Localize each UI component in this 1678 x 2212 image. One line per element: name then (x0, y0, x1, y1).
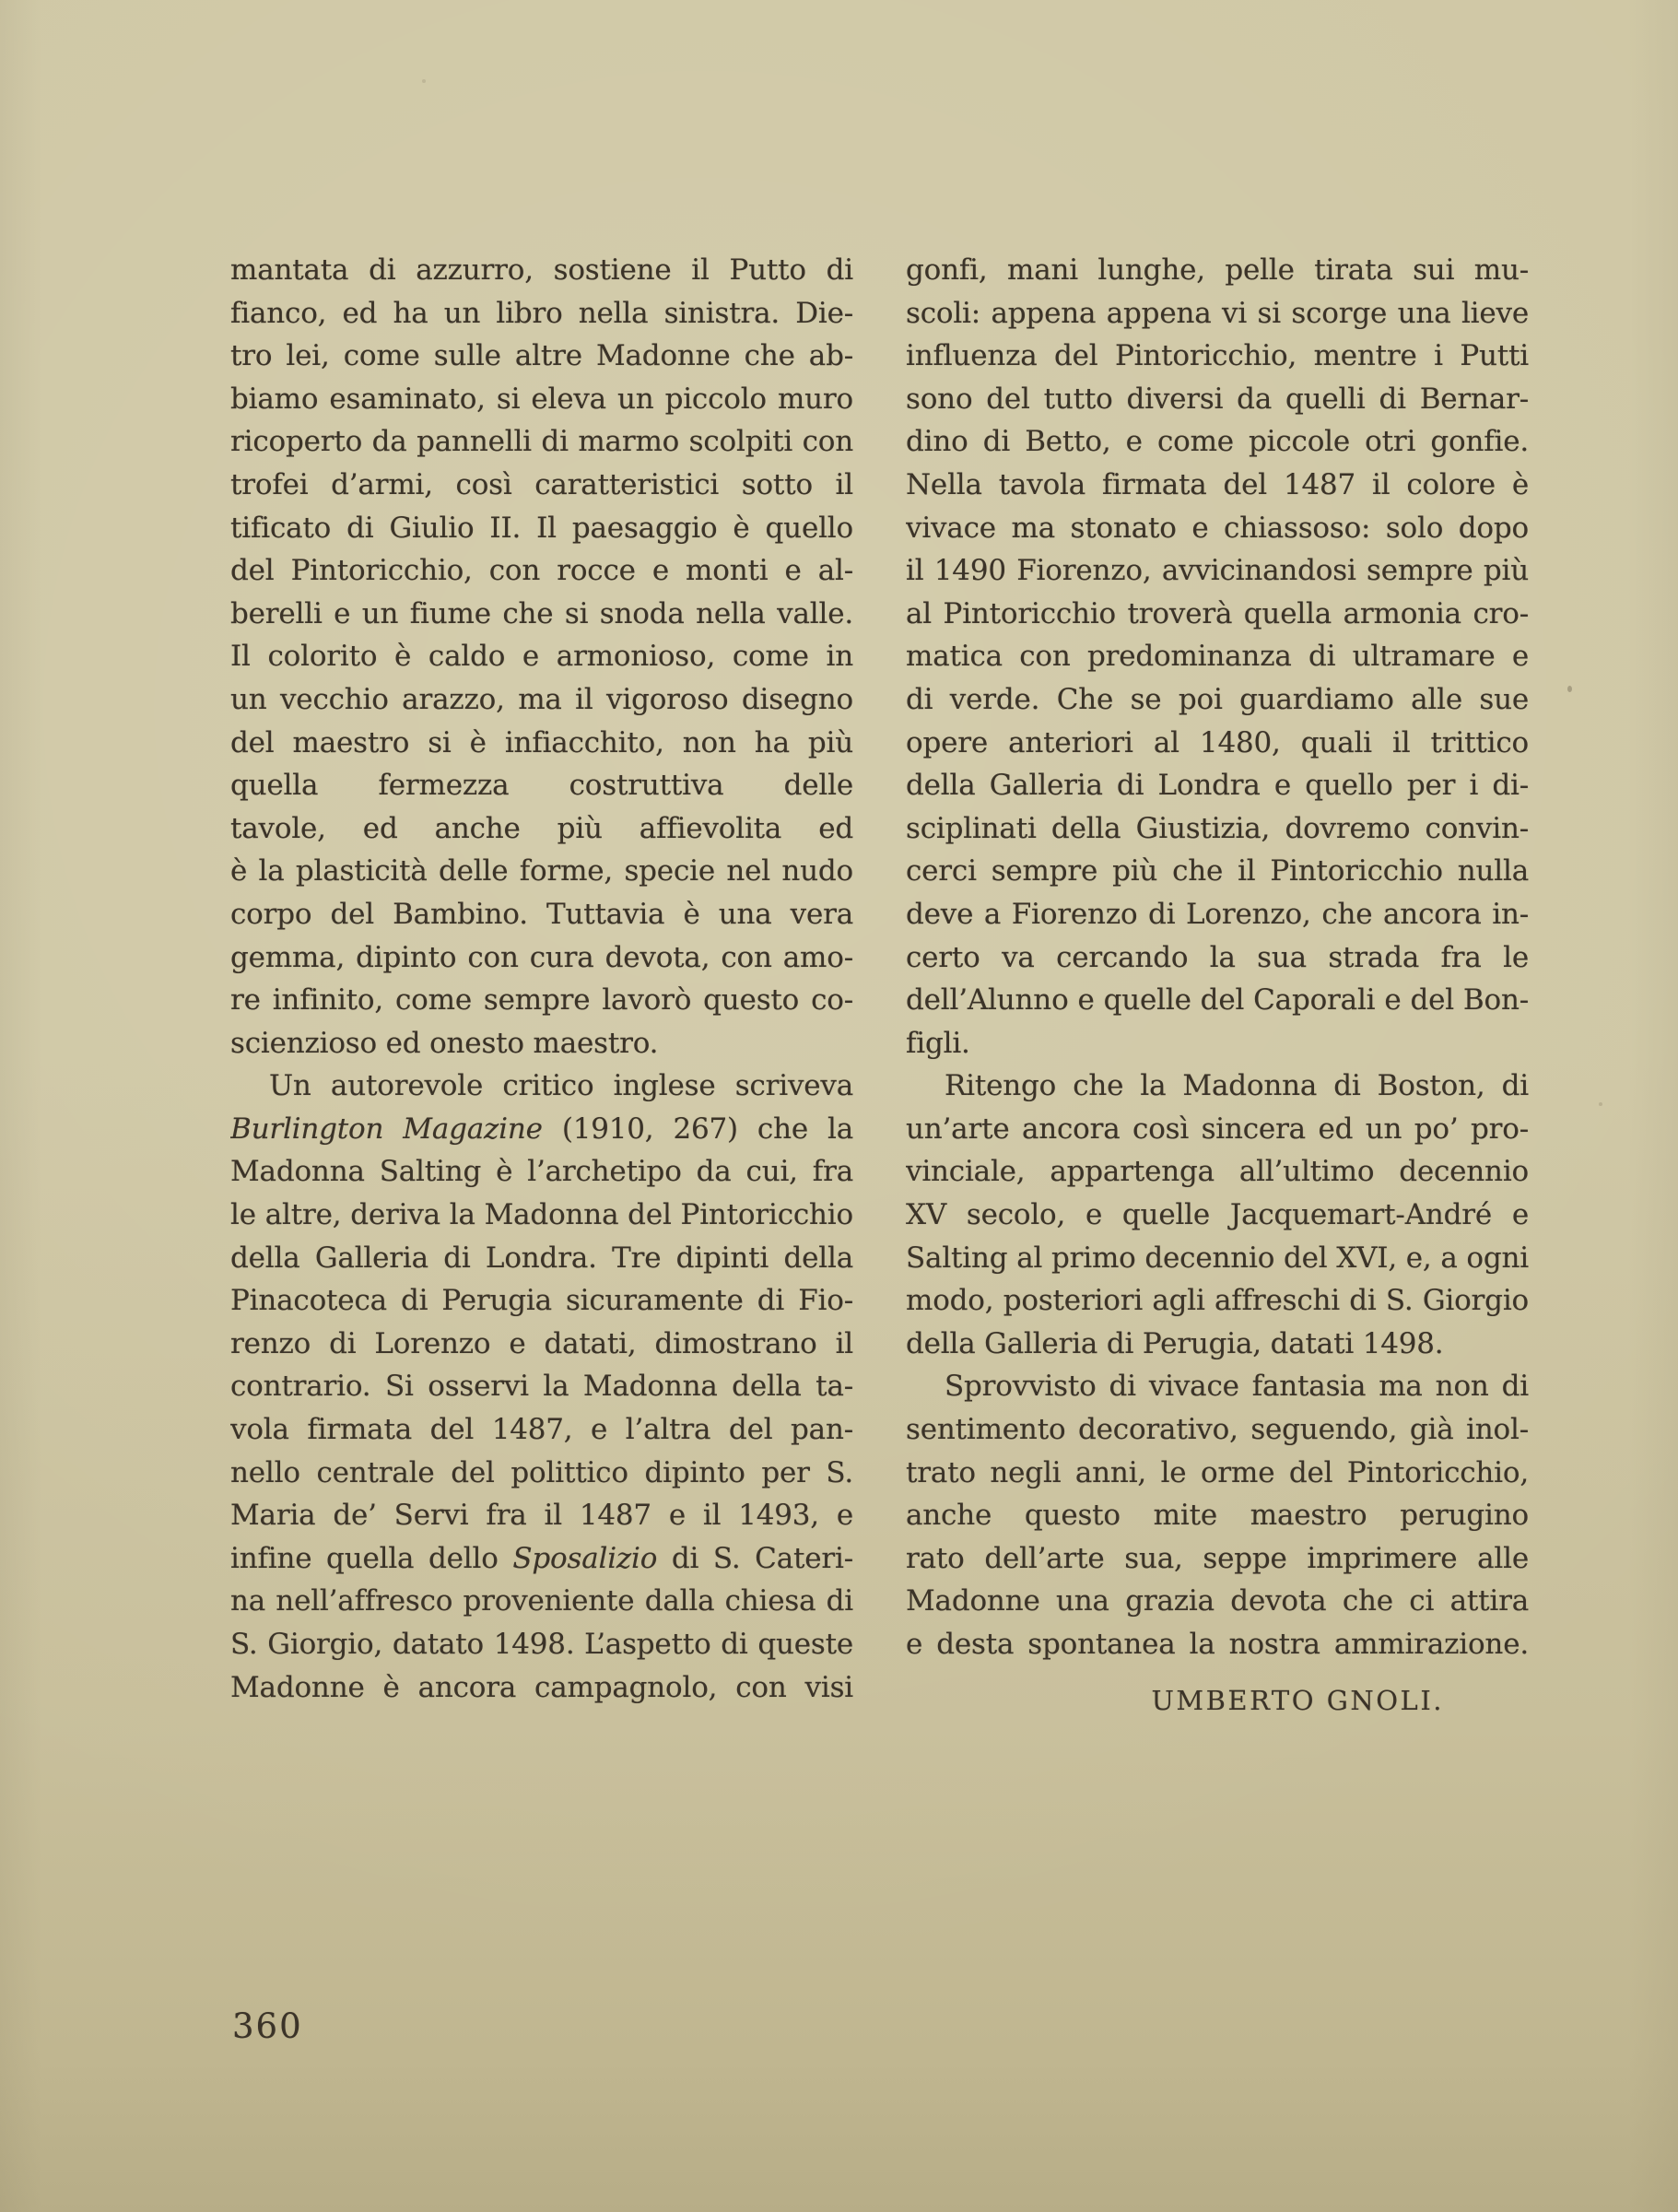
text-line: re infinito, come sempre lavorò questo c… (230, 979, 853, 1022)
text-line: nello centrale del polittico dipinto per… (230, 1452, 853, 1495)
text-line: deve a Fiorenzo di Lorenzo, che ancora i… (906, 893, 1529, 936)
text-line: Madonne è ancora campagnolo, con visi (230, 1666, 853, 1710)
text-line: ricoperto da pannelli di marmo scolpiti … (230, 420, 853, 464)
text-column-right: gonfi, mani lunghe, pelle tirata sui mu-… (906, 249, 1529, 1722)
text-line: gemma, dipinto con cura devota, con amo- (230, 936, 853, 980)
text-line: trato negli anni, le orme del Pintoricch… (906, 1452, 1529, 1495)
text-line: sentimento decorativo, seguendo, già ino… (906, 1408, 1529, 1452)
text-line: del maestro si è infiacchito, non ha più (230, 722, 853, 765)
book-page: mantata di azzurro, sostiene il Putto di… (0, 0, 1678, 2212)
text-line: opere anteriori al 1480, quali il tritti… (906, 722, 1529, 765)
text-line: berelli e un fiume che si snoda nella va… (230, 593, 853, 636)
text-line: Madonna Salting è l’archetipo da cui, fr… (230, 1150, 853, 1194)
text-line: fianco, ed ha un libro nella sinistra. D… (230, 292, 853, 335)
text-line: Un autorevole critico inglese scriveva n… (230, 1065, 853, 1108)
text-line: dino di Betto, e come piccole otri gonfi… (906, 420, 1529, 464)
text-line: sciplinati della Giustizia, dovremo conv… (906, 807, 1529, 851)
text-line: un’arte ancora così sincera ed un po’ pr… (906, 1108, 1529, 1151)
text-line: della Galleria di Londra. Tre dipinti de… (230, 1237, 853, 1280)
text-column-left: mantata di azzurro, sostiene il Putto di… (230, 249, 853, 1709)
paper-speck (1567, 686, 1572, 692)
text-line: della Galleria di Perugia, datati 1498. (906, 1323, 1529, 1366)
text-line: tro lei, come sulle altre Madonne che ab… (230, 335, 853, 378)
text-line: vola firmata del 1487, e l’altra del pan… (230, 1408, 853, 1452)
text-line: scienzioso ed onesto maestro. (230, 1022, 853, 1065)
author-signature: UMBERTO GNOLI. (906, 1679, 1529, 1722)
text-line: sono del tutto diversi da quelli di Bern… (906, 378, 1529, 421)
text-line: Salting al primo decennio del XVI, e, a … (906, 1237, 1529, 1280)
text-line: vivace ma stonato e chiassoso: solo dopo (906, 507, 1529, 550)
text-line: certo va cercando la sua strada fra le f… (906, 936, 1529, 980)
text-line: renzo di Lorenzo e datati, dimostrano il (230, 1323, 853, 1366)
text-line: corpo del Bambino. Tuttavia è una vera (230, 893, 853, 936)
text-line: XV secolo, e quelle Jacquemart-André e (906, 1194, 1529, 1237)
text-line: al Pintoricchio troverà quella armonia c… (906, 593, 1529, 636)
text-line: tavole, ed anche più affievolita ed atte… (230, 807, 853, 851)
text-line: di verde. Che se poi guardiamo alle sue (906, 678, 1529, 722)
text-line: Pinacoteca di Perugia sicuramente di Fio… (230, 1279, 853, 1323)
paper-speck (1599, 1102, 1602, 1106)
text-line: biamo esaminato, si eleva un piccolo mur… (230, 378, 853, 421)
text-line: Nella tavola firmata del 1487 il colore … (906, 464, 1529, 507)
text-line: trofei d’armi, così caratteristici sotto… (230, 464, 853, 507)
text-line: anche questo mite maestro perugino innam… (906, 1494, 1529, 1537)
text-line: del Pintoricchio, con rocce e monti e al… (230, 549, 853, 593)
text-line: un vecchio arazzo, ma il vigoroso disegn… (230, 678, 853, 722)
text-line: matica con predominanza di ultramare e (906, 635, 1529, 678)
text-line: quella fermezza costruttiva delle preced… (230, 764, 853, 807)
text-line: contrario. Si osservi la Madonna della t… (230, 1365, 853, 1408)
text-line: tificato di Giulio II. Il paesaggio è qu… (230, 507, 853, 550)
text-line: il 1490 Fiorenzo, avvicinandosi sempre p… (906, 549, 1529, 593)
text-line: Maria de’ Servi fra il 1487 e il 1493, e (230, 1494, 853, 1537)
text-line: gonfi, mani lunghe, pelle tirata sui mu- (906, 249, 1529, 292)
text-line: infine quella dello Sposalizio di S. Cat… (230, 1537, 853, 1581)
text-line: Ritengo che la Madonna di Boston, di (906, 1065, 1529, 1108)
text-line: e desta spontanea la nostra ammirazione. (906, 1623, 1529, 1666)
text-line: modo, posteriori agli affreschi di S. Gi… (906, 1279, 1529, 1323)
text-line: è la plasticità delle forme, specie nel … (230, 850, 853, 893)
text-line: cerci sempre più che il Pintoricchio nul… (906, 850, 1529, 893)
paper-speck (422, 79, 426, 83)
text-line: influenza del Pintoricchio, mentre i Put… (906, 335, 1529, 378)
text-line: dell’Alunno e quelle del Caporali e del … (906, 979, 1529, 1022)
text-line: scoli: appena appena vi si scorge una li… (906, 292, 1529, 335)
text-line: mantata di azzurro, sostiene il Putto di (230, 249, 853, 292)
text-line: rato dell’arte sua, seppe imprimere alle… (906, 1537, 1529, 1581)
text-line: figli. (906, 1022, 1529, 1065)
text-line: na nell’affresco proveniente dalla chies… (230, 1580, 853, 1623)
text-line: le altre, deriva la Madonna del Pintoric… (230, 1194, 853, 1237)
text-line: vinciale, appartenga all’ultimo decennio… (906, 1150, 1529, 1194)
text-line: Madonne una grazia devota che ci attira (906, 1580, 1529, 1623)
page-number: 360 (232, 2006, 303, 2048)
text-line: S. Giorgio, datato 1498. L’aspetto di qu… (230, 1623, 853, 1666)
text-line: della Galleria di Londra e quello per i … (906, 764, 1529, 807)
text-line: Sprovvisto di vivace fantasia ma non di (906, 1365, 1529, 1408)
text-line: Il colorito è caldo e armonioso, come in (230, 635, 853, 678)
text-line: Burlington Magazine (1910, 267) che la (230, 1108, 853, 1151)
